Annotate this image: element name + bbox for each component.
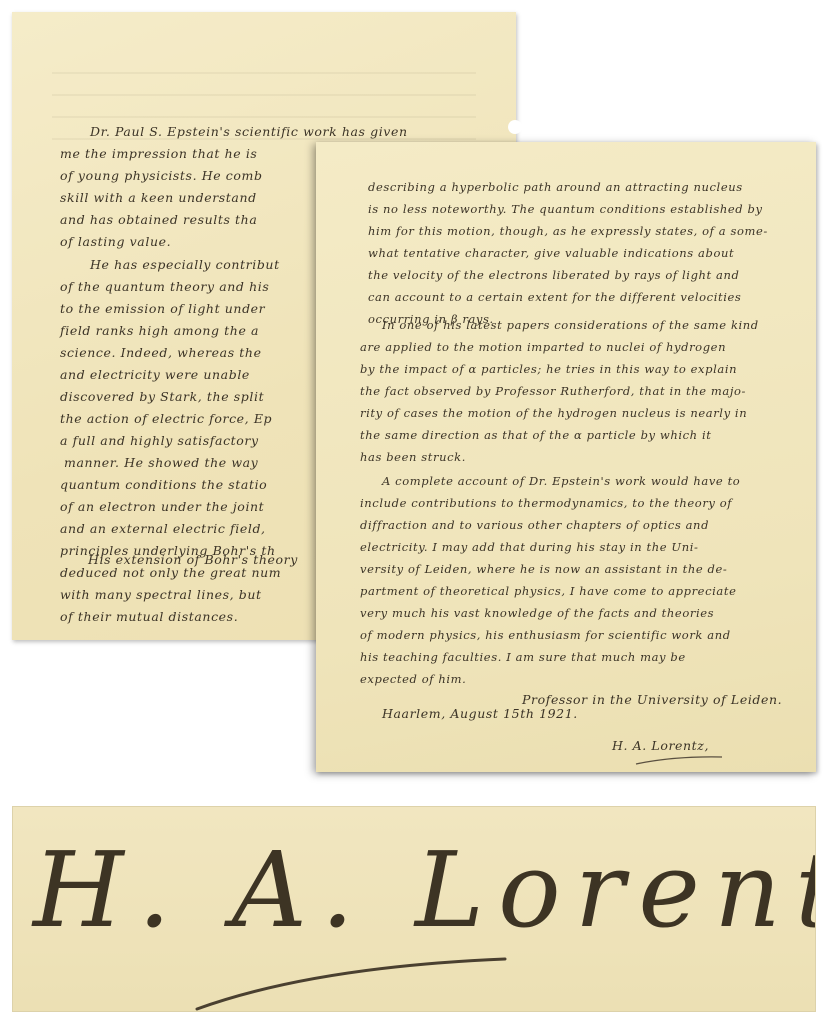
text-line: skill with a keen understand — [60, 190, 257, 205]
signature-closeup-underline — [193, 947, 513, 1012]
text-line: Dr. Paul S. Epstein's scientific work ha… — [90, 124, 408, 139]
text-line: him for this motion, though, as he expre… — [368, 224, 768, 238]
text-line: diffraction and to various other chapter… — [360, 518, 709, 532]
text-line: partment of theoretical physics, I have … — [360, 584, 737, 598]
letter-page-2: describing a hyperbolic path around an a… — [316, 142, 816, 772]
signature-underline — [634, 754, 724, 766]
text-line: manner. He showed the way — [64, 455, 258, 470]
text-line: of an electron under the joint — [60, 499, 264, 514]
text-line: of lasting value. — [60, 234, 171, 249]
text-line: He has especially contribut — [90, 257, 280, 272]
signature: H. A. Lorentz, — [612, 738, 709, 753]
text-line: of modern physics, his enthusiasm for sc… — [360, 628, 731, 642]
text-line: the same direction as that of the α part… — [360, 428, 711, 442]
text-line: and an external electric field, — [60, 521, 266, 536]
text-line: His extension of Bohr's theory — [88, 552, 298, 567]
signature-closeup-text: H. A. Lorentz, — [33, 829, 816, 951]
text-line: versity of Leiden, where he is now an as… — [360, 562, 727, 576]
text-line: has been struck. — [360, 450, 466, 464]
text-line: rity of cases the motion of the hydrogen… — [360, 406, 747, 420]
text-line: and has obtained results tha — [60, 212, 257, 227]
text-line: very much his vast knowledge of the fact… — [360, 606, 714, 620]
text-line: can account to a certain extent for the … — [368, 290, 741, 304]
signer-title: Professor in the University of Leiden. — [522, 692, 782, 707]
text-line: the velocity of the electrons liberated … — [368, 268, 739, 282]
dateline: Haarlem, August 15th 1921. — [382, 706, 578, 721]
text-line: the action of electric force, Ep — [60, 411, 272, 426]
text-line: and electricity were unable — [60, 367, 250, 382]
text-line: what tentative character, give valuable … — [368, 246, 734, 260]
text-line: A complete account of Dr. Epstein's work… — [382, 474, 740, 488]
text-line: to the emission of light under — [60, 301, 265, 316]
text-line: science. Indeed, whereas the — [60, 345, 262, 360]
text-line: me the impression that he is — [60, 146, 257, 161]
paper-notch — [508, 120, 522, 134]
text-line: with many spectral lines, but — [60, 587, 262, 602]
text-line: the fact observed by Professor Rutherfor… — [360, 384, 746, 398]
text-line: are applied to the motion imparted to nu… — [360, 340, 726, 354]
text-line: electricity. I may add that during his s… — [360, 540, 699, 554]
text-line: a full and highly satisfactory — [60, 433, 259, 448]
text-line: expected of him. — [360, 672, 466, 686]
text-line: deduced not only the great num — [60, 565, 281, 580]
text-line: In one of his latest papers consideratio… — [382, 318, 759, 332]
text-line: of the quantum theory and his — [60, 279, 269, 294]
text-line: by the impact of α particles; he tries i… — [360, 362, 737, 376]
text-line: is no less noteworthy. The quantum condi… — [368, 202, 763, 216]
text-line: of their mutual distances. — [60, 609, 238, 624]
text-line: quantum conditions the statio — [60, 477, 267, 492]
signature-closeup: H. A. Lorentz, — [12, 806, 816, 1012]
text-line: his teaching faculties. I am sure that m… — [360, 650, 686, 664]
text-line: of young physicists. He comb — [60, 168, 263, 183]
text-line: describing a hyperbolic path around an a… — [368, 180, 743, 194]
text-line: include contributions to thermodynamics,… — [360, 496, 732, 510]
text-line: discovered by Stark, the split — [60, 389, 264, 404]
text-line: field ranks high among the a — [60, 323, 259, 338]
